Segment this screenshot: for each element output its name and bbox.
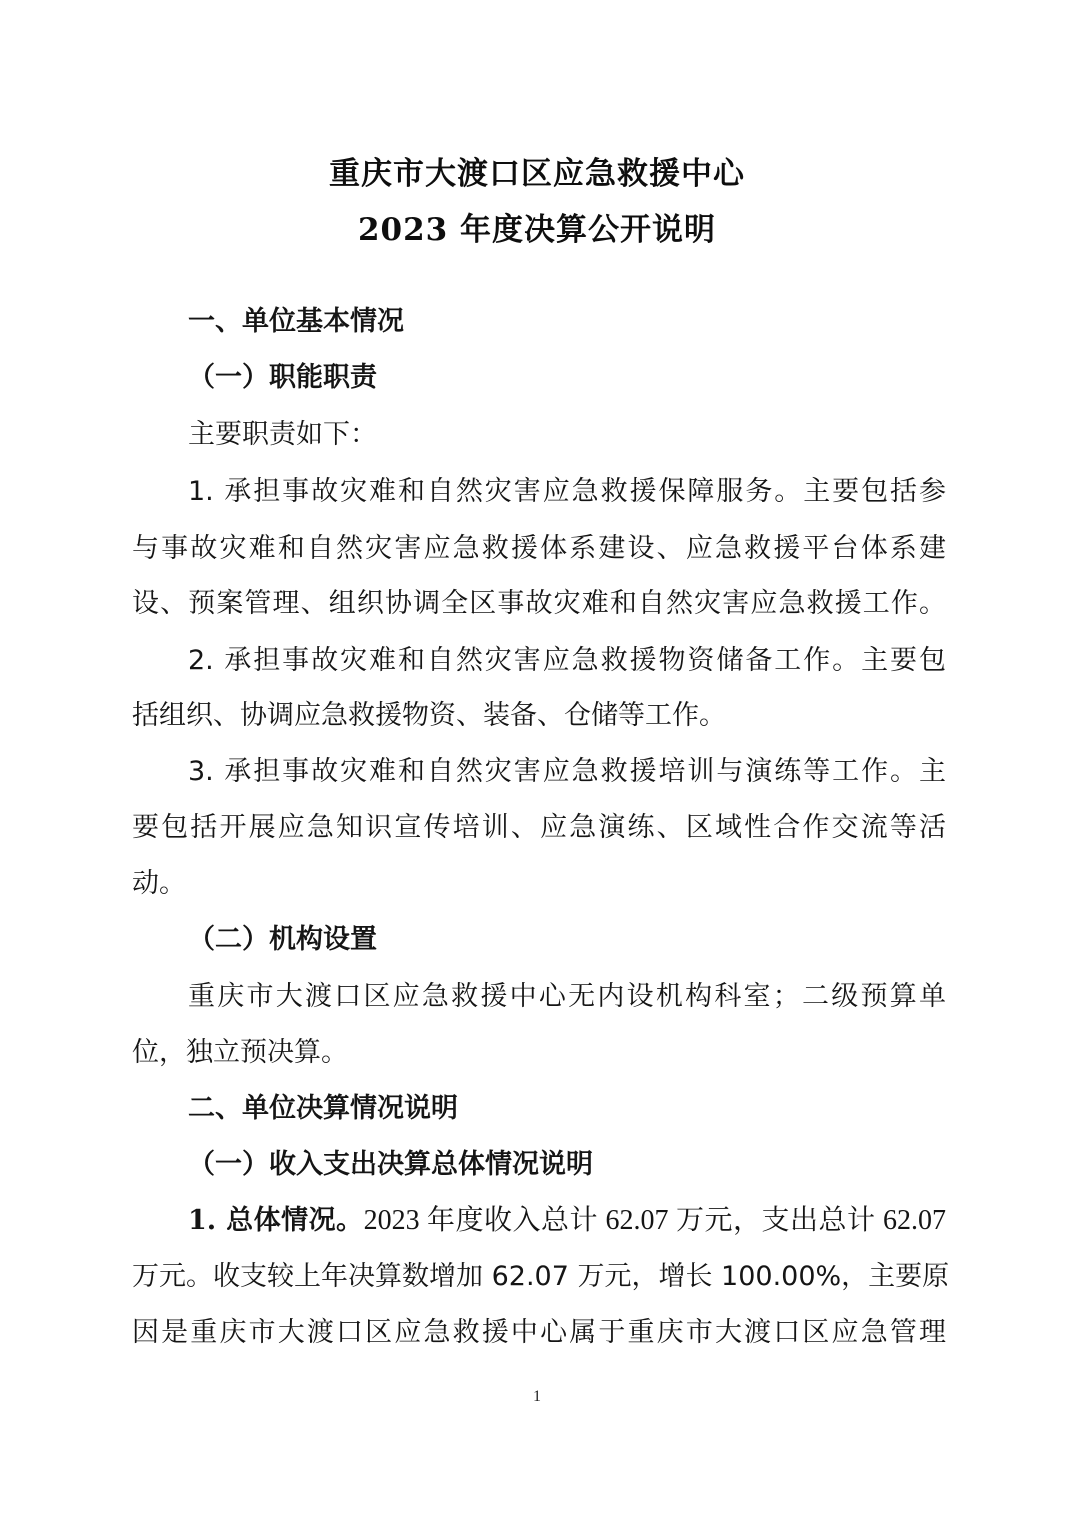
- document-title-line1: 重庆市大渡口区应急救援中心: [0, 154, 1074, 194]
- duty-3-line-1: 3. 承担事故灾难和自然灾害应急救援培训与演练等工作。主: [188, 754, 946, 790]
- duty-3-line-3: 动。: [132, 866, 946, 902]
- section-heading-1: 一、单位基本情况: [188, 304, 946, 340]
- duty-1-line-2: 与事故灾难和自然灾害应急救援体系建设、应急救援平台体系建: [132, 531, 946, 567]
- overall-lead: 1. 总体情况。: [188, 1205, 364, 1236]
- overall-line-1-rest: 2023 年度收入总计 62.07 万元，支出总计 62.07: [364, 1205, 946, 1236]
- subsection-heading-organization: （二）机构设置: [188, 922, 946, 958]
- duties-intro: 主要职责如下：: [188, 417, 946, 453]
- duty-2-line-2: 括组织、协调应急救援物资、装备、仓储等工作。: [132, 698, 946, 734]
- subsection-heading-duties: （一）职能职责: [188, 360, 946, 396]
- organization-line-1: 重庆市大渡口区应急救援中心无内设机构科室；二级预算单: [188, 979, 946, 1015]
- section-heading-2: 二、单位决算情况说明: [188, 1091, 946, 1127]
- duty-3-line-2: 要包括开展应急知识宣传培训、应急演练、区域性合作交流等活: [132, 810, 946, 846]
- subsection-heading-overall: （一）收入支出决算总体情况说明: [188, 1147, 946, 1183]
- overall-line-2: 万元。收支较上年决算数增加 62.07 万元，增长 100.00%，主要原: [132, 1259, 946, 1295]
- page-number: 1: [0, 1388, 1074, 1406]
- document-title-line2: 2023 年度决算公开说明: [0, 210, 1074, 250]
- overall-line-1: 1. 总体情况。2023 年度收入总计 62.07 万元，支出总计 62.07: [188, 1203, 946, 1239]
- organization-line-2: 位，独立预决算。: [132, 1035, 946, 1071]
- duty-1-line-3: 设、预案管理、组织协调全区事故灾难和自然灾害应急救援工作。: [132, 586, 946, 622]
- overall-line-3: 因是重庆市大渡口区应急救援中心属于重庆市大渡口区应急管理: [132, 1315, 946, 1351]
- duty-1-line-1: 1. 承担事故灾难和自然灾害应急救援保障服务。主要包括参: [188, 474, 946, 510]
- duty-2-line-1: 2. 承担事故灾难和自然灾害应急救援物资储备工作。主要包: [188, 643, 946, 679]
- document-page: 重庆市大渡口区应急救援中心 2023 年度决算公开说明 一、单位基本情况 （一）…: [0, 0, 1074, 1520]
